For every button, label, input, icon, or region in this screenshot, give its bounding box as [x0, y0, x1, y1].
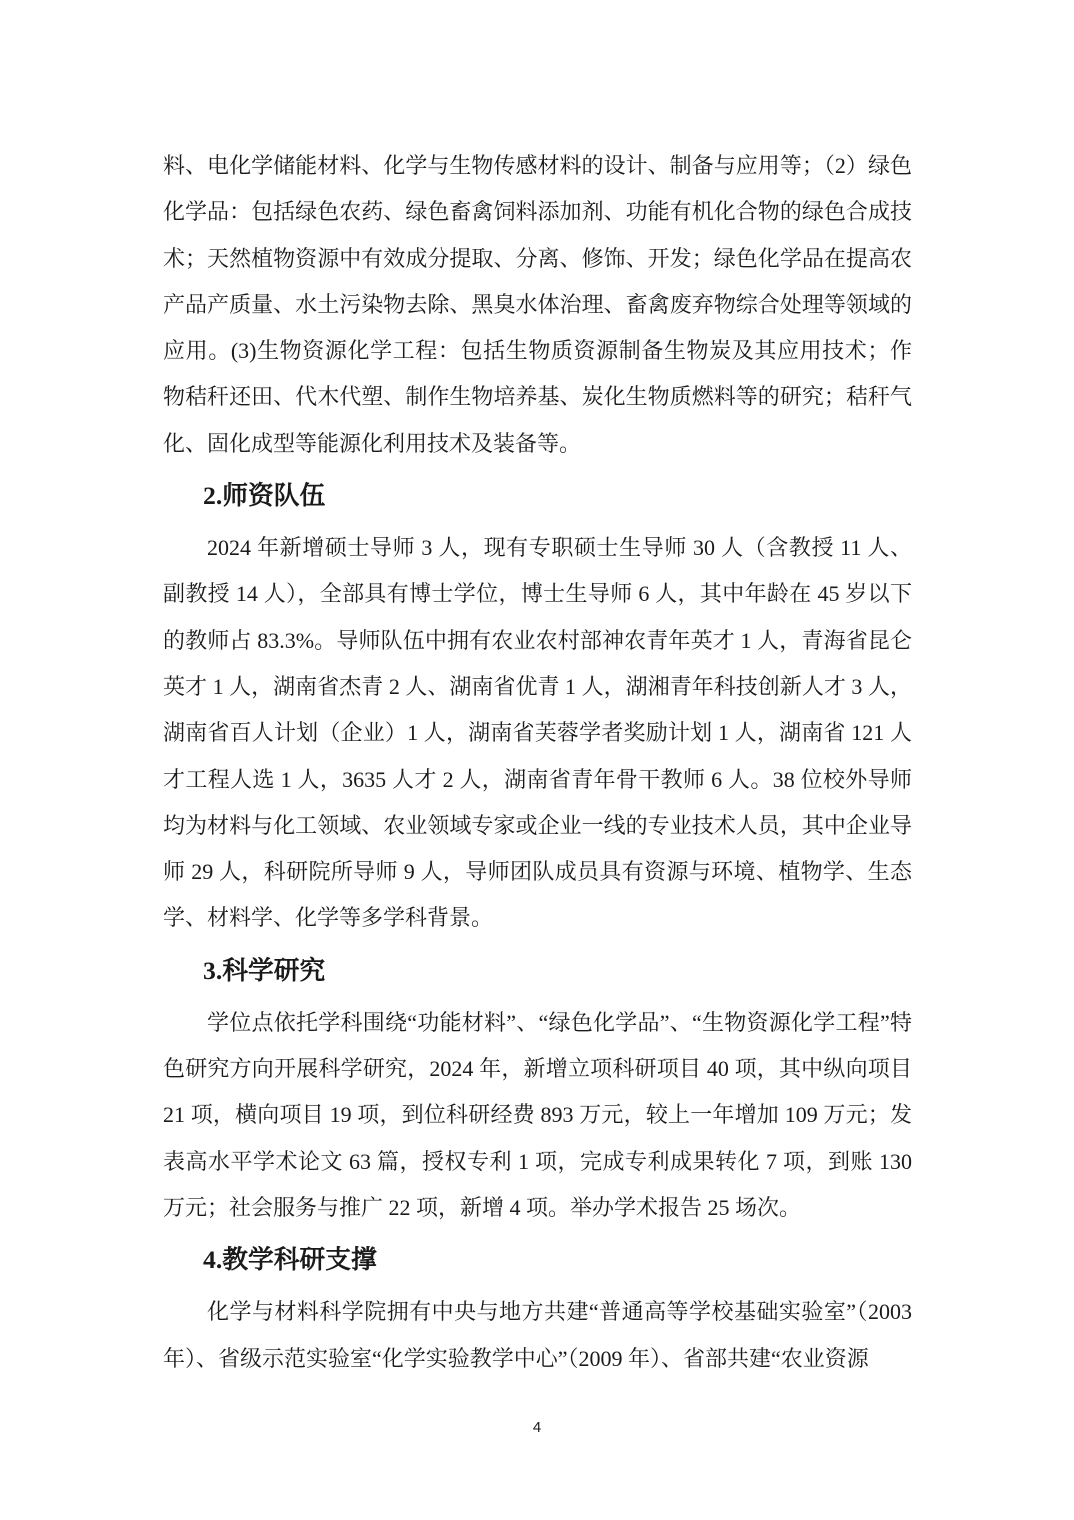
document-page: 料、电化学储能材料、化学与生物传感材料的设计、制备与应用等；（2）绿色化学品：包… [163, 143, 912, 1382]
page-number: 4 [0, 1419, 1074, 1436]
section-heading-faculty: 2.师资队伍 [163, 473, 912, 525]
paragraph-research: 学位点依托学科围绕“功能材料”、“绿色化学品”、“生物资源化学工程”特色研究方向… [163, 1000, 912, 1231]
section-heading-teaching-support: 4.教学科研支撑 [163, 1237, 912, 1289]
section-heading-research: 3.科学研究 [163, 948, 912, 1000]
paragraph-teaching-support: 化学与材料科学院拥有中央与地方共建“普通高等学校基础实验室”（2003 年）、省… [163, 1289, 912, 1382]
paragraph-research-directions: 料、电化学储能材料、化学与生物传感材料的设计、制备与应用等；（2）绿色化学品：包… [163, 143, 912, 467]
paragraph-faculty: 2024 年新增硕士导师 3 人，现有专职硕士生导师 30 人（含教授 11 人… [163, 525, 912, 942]
